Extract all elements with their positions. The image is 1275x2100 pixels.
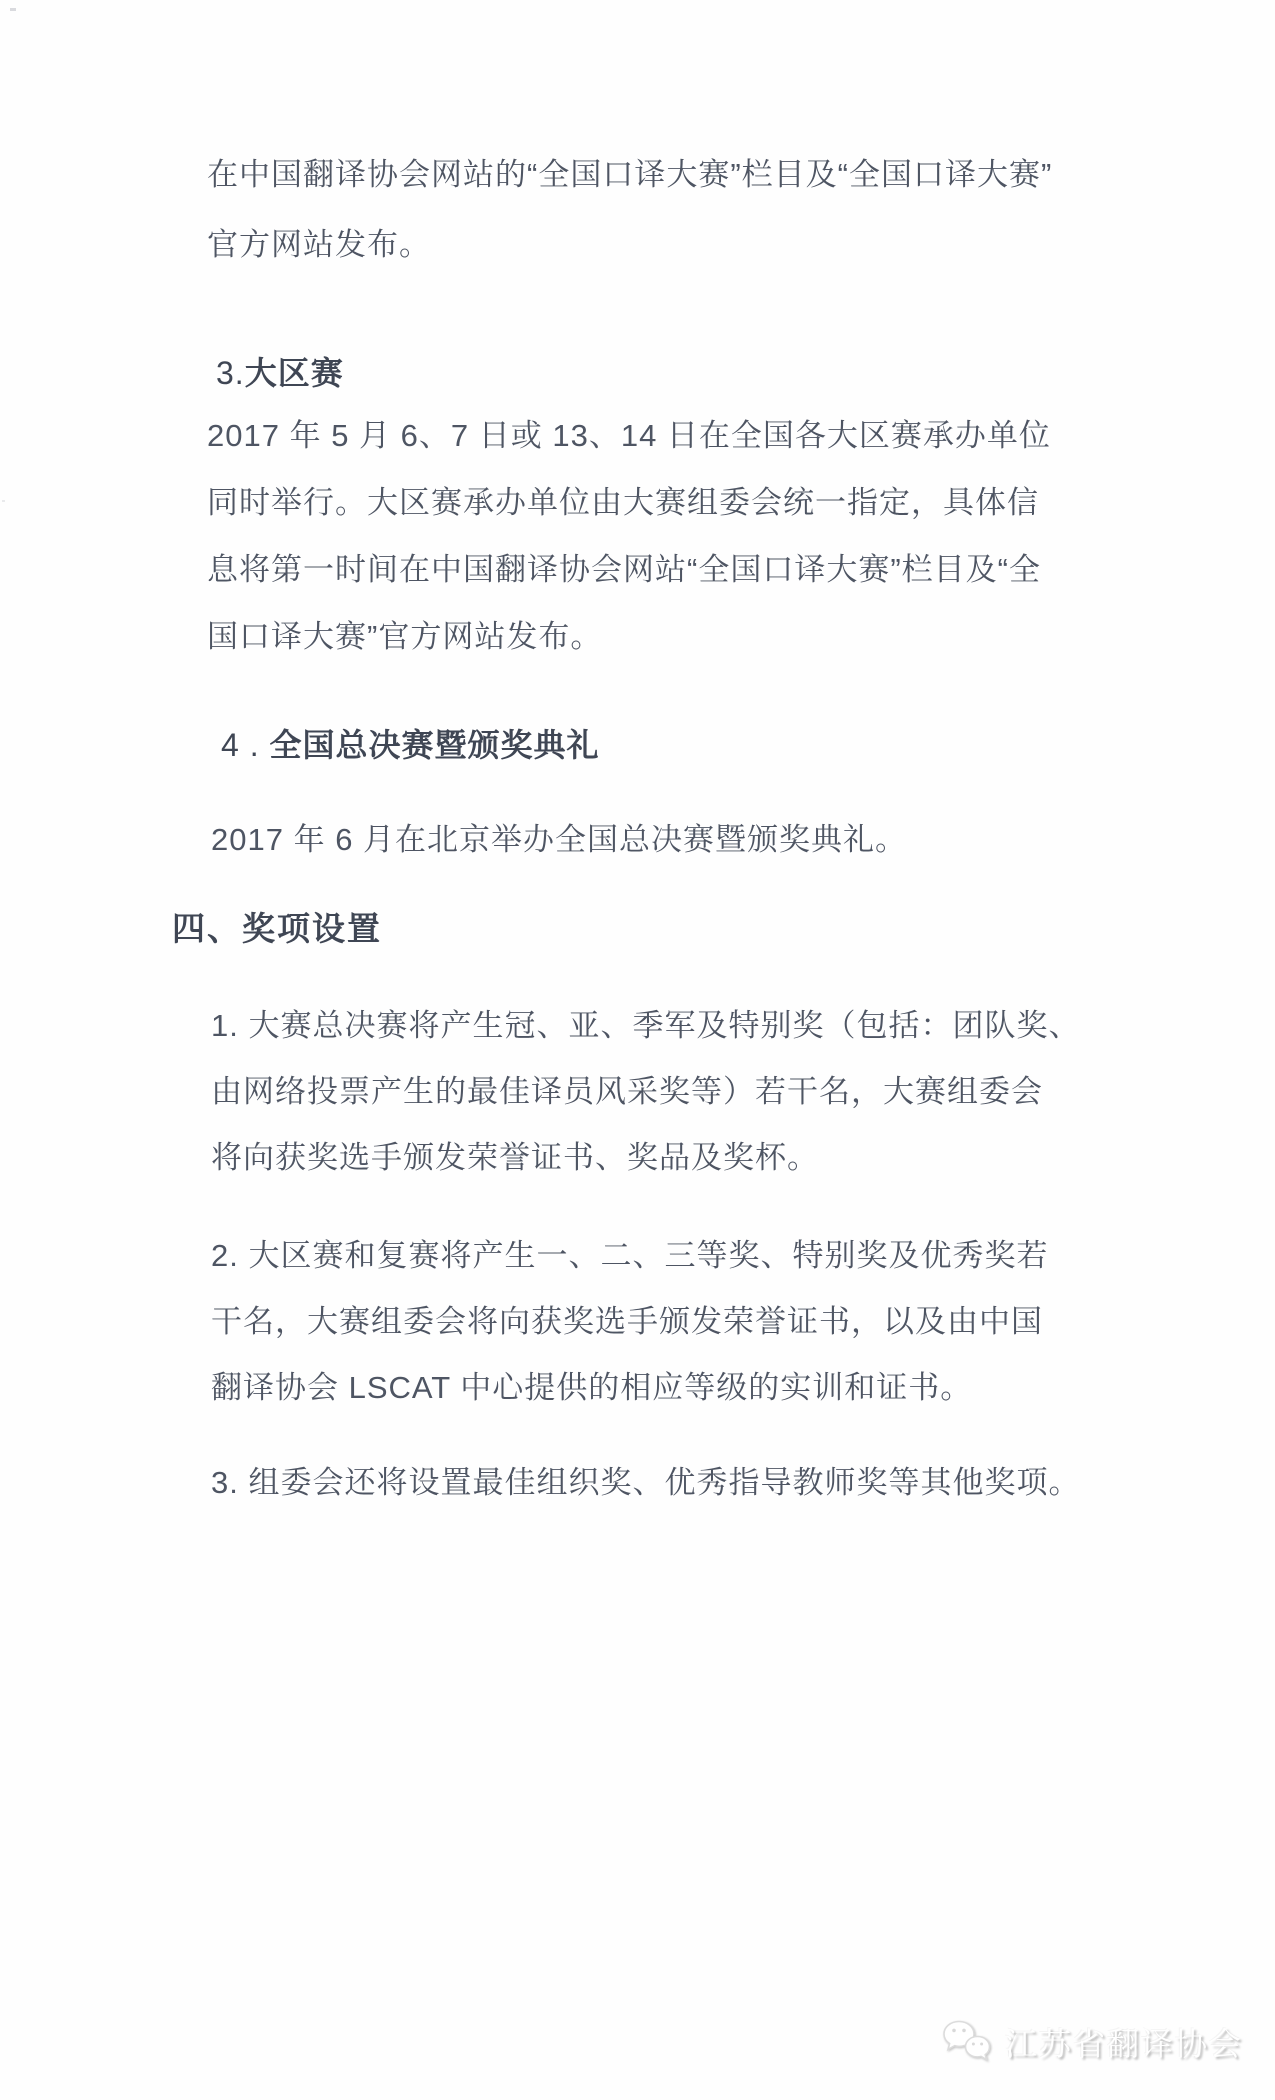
text-line: 干名，大赛组委会将向获奖选手颁发荣誉证书，以及由中国: [211, 1289, 1048, 1355]
text-line: 将向获奖选手颁发荣誉证书、奖品及奖杯。: [211, 1125, 1080, 1191]
scan-artifact: [10, 8, 16, 11]
section-4-paragraph: 2017 年 6 月在北京举办全国总决赛暨颁奖典礼。: [211, 806, 907, 873]
text-line: 1. 大赛总决赛将产生冠、亚、季军及特别奖（包括：团队奖、: [211, 993, 1080, 1059]
text-line: 2017 年 5 月 6、7 日或 13、14 日在全国各大区赛承办单位: [207, 402, 1051, 469]
section-3-number: 3.: [216, 355, 245, 391]
section-3-title: 大区赛: [245, 355, 344, 391]
awards-section-heading: 四、奖项设置: [172, 903, 382, 950]
award-item-3: 3. 组委会还将设置最佳组织奖、优秀指导教师奖等其他奖项。: [211, 1450, 1080, 1516]
section-3-heading: 3.大区赛: [216, 348, 344, 394]
award-item-1: 1. 大赛总决赛将产生冠、亚、季军及特别奖（包括：团队奖、由网络投票产生的最佳译…: [211, 993, 1080, 1191]
text-line: 在中国翻译协会网站的“全国口译大赛”栏目及“全国口译大赛”: [207, 140, 1052, 210]
scan-artifact: [2, 500, 5, 502]
section-4-heading: 4 . 全国总决赛暨颁奖典礼: [221, 720, 599, 766]
text-line: 2. 大区赛和复赛将产生一、二、三等奖、特别奖及优秀奖若: [211, 1223, 1048, 1289]
award-item-2: 2. 大区赛和复赛将产生一、二、三等奖、特别奖及优秀奖若干名，大赛组委会将向获奖…: [211, 1223, 1048, 1421]
section-3-paragraph: 2017 年 5 月 6、7 日或 13、14 日在全国各大区赛承办单位同时举行…: [207, 402, 1051, 670]
intro-paragraph: 在中国翻译协会网站的“全国口译大赛”栏目及“全国口译大赛”官方网站发布。: [207, 140, 1052, 280]
text-line: 国口译大赛”官方网站发布。: [207, 603, 1051, 670]
wechat-icon: [941, 2018, 995, 2066]
text-line: 官方网站发布。: [207, 210, 1052, 280]
text-line: 由网络投票产生的最佳译员风采奖等）若干名，大赛组委会: [211, 1059, 1080, 1125]
text-line: 息将第一时间在中国翻译协会网站“全国口译大赛”栏目及“全: [207, 536, 1051, 603]
text-line: 同时举行。大区赛承办单位由大赛组委会统一指定，具体信: [207, 469, 1051, 536]
section-4-title: 全国总决赛暨颁奖典礼: [269, 727, 599, 763]
text-line: 3. 组委会还将设置最佳组织奖、优秀指导教师奖等其他奖项。: [211, 1450, 1080, 1516]
text-line: 2017 年 6 月在北京举办全国总决赛暨颁奖典礼。: [211, 806, 907, 873]
wechat-watermark: 江苏省翻译协会: [941, 2018, 1243, 2066]
scanned-document-page: 在中国翻译协会网站的“全国口译大赛”栏目及“全国口译大赛”官方网站发布。 3.大…: [0, 0, 1275, 2100]
text-line: 翻译协会 LSCAT 中心提供的相应等级的实训和证书。: [211, 1355, 1048, 1421]
section-4-number: 4 .: [221, 727, 269, 763]
watermark-label: 江苏省翻译协会: [1005, 2019, 1243, 2065]
